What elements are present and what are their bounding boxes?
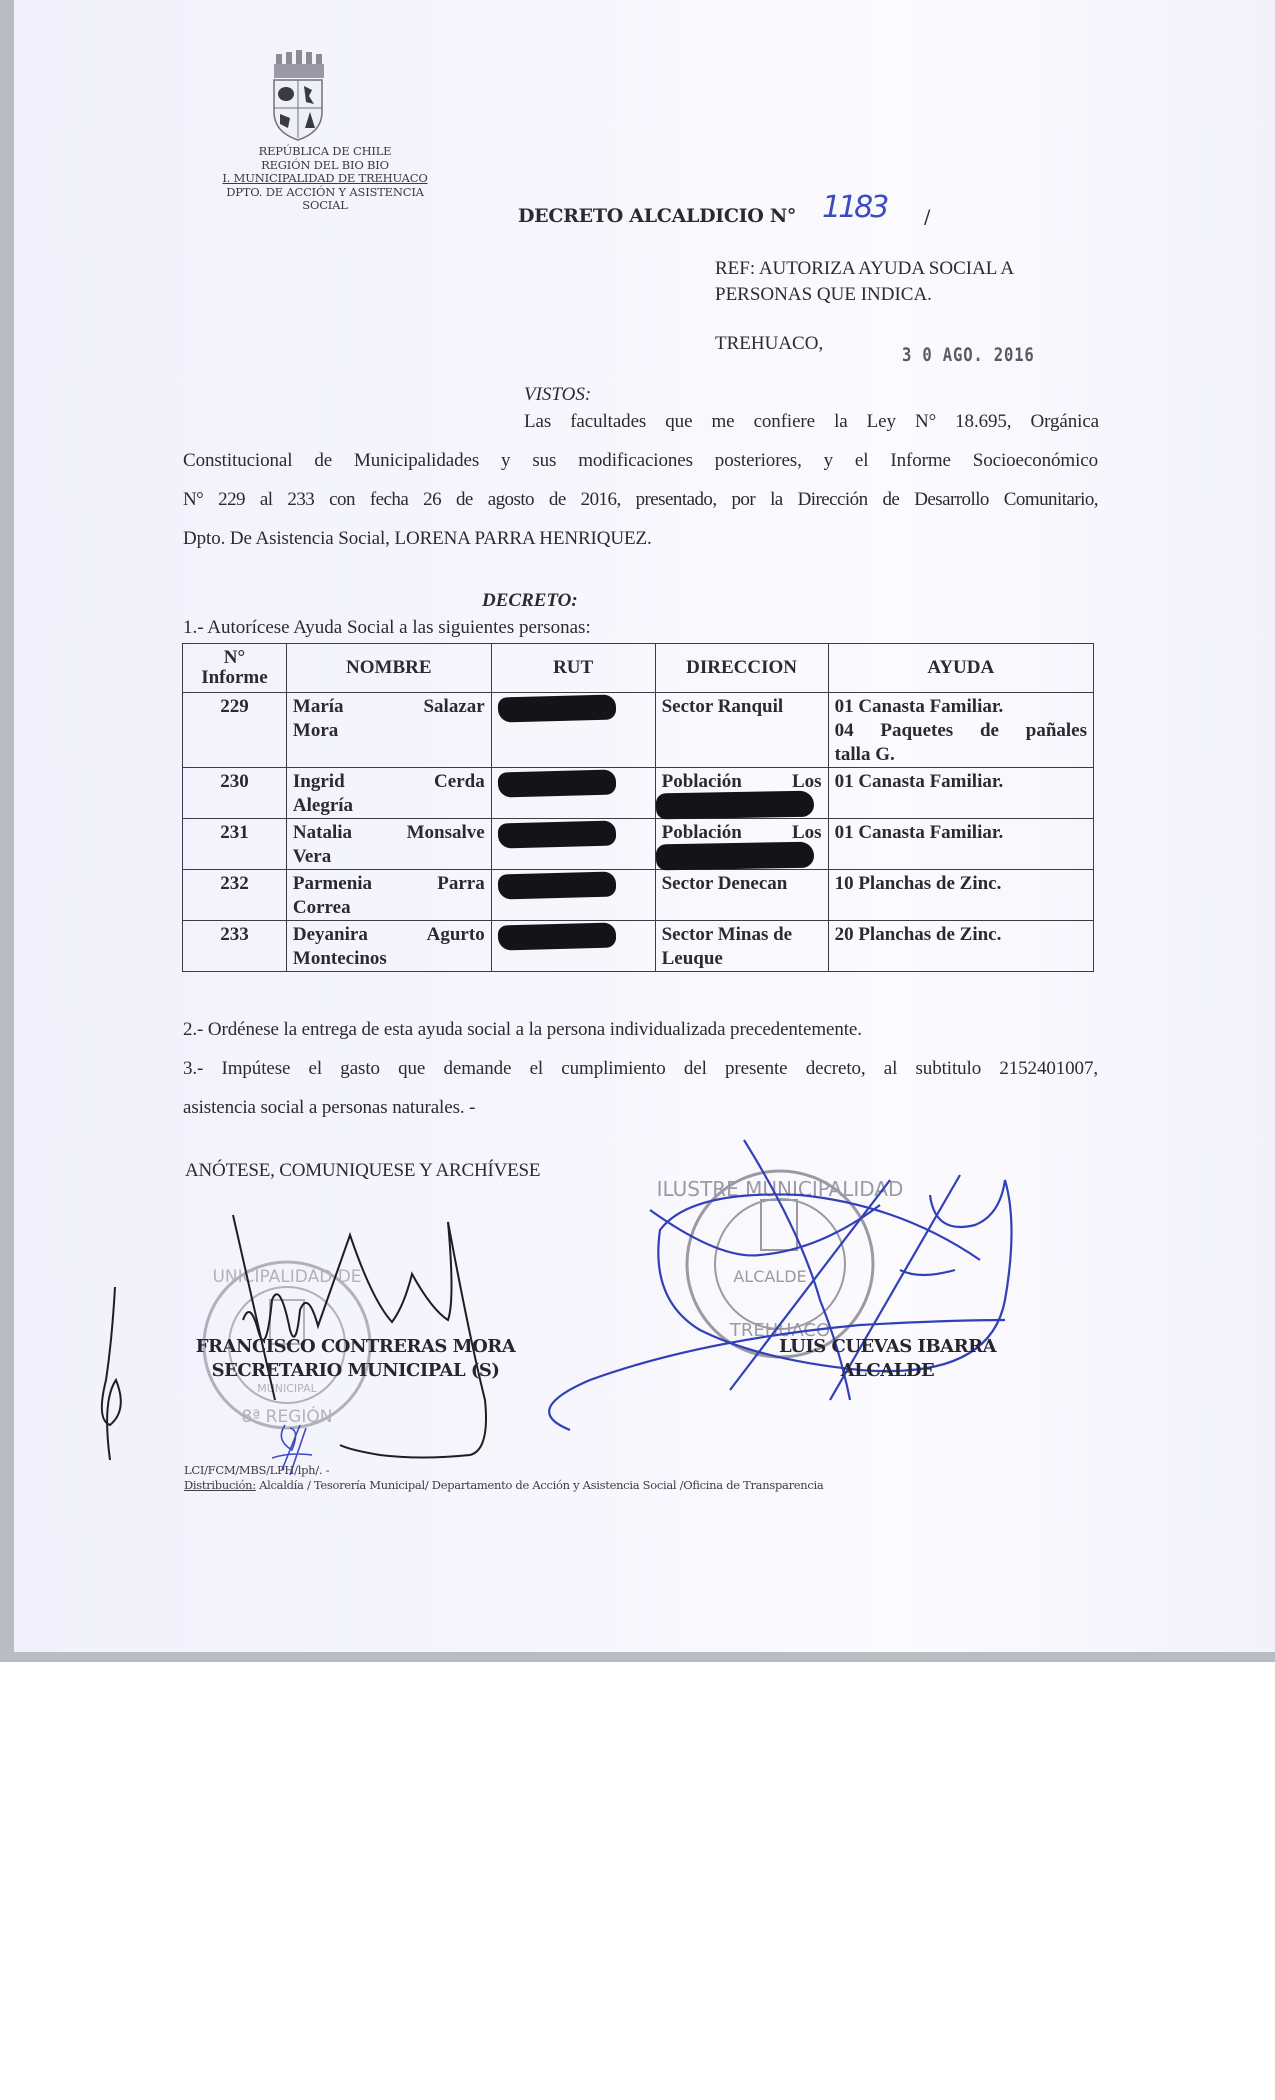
decree-item-3-line-1: 3.- Impútese el gasto que demande el cum… <box>183 1058 1098 1080</box>
decree-reference: REF: AUTORIZA AYUDA SOCIAL A PERSONAS QU… <box>715 256 1014 308</box>
redacted-address <box>655 791 813 820</box>
name-first: Deyanira <box>293 923 368 947</box>
secretary-role: SECRETARIO MUNICIPAL (S) <box>183 1359 528 1383</box>
ayuda-cell: 01 Canasta Familiar.04 Paquetes de pañal… <box>828 693 1093 768</box>
mayor-signature-block: LUIS CUEVAS IBARRA ALCALDE <box>770 1335 1005 1383</box>
redacted-address <box>655 842 813 871</box>
header-rut: RUT <box>491 644 655 693</box>
header-informe-line2: Informe <box>187 668 282 688</box>
vistos-line-2: Constitucional de Municipalidades y sus … <box>183 450 1098 472</box>
rut-cell <box>491 693 655 768</box>
date-stamp: 3 0 AGO. 2016 <box>902 344 1035 366</box>
recipient-name: IngridCerdaAlegría <box>286 768 491 819</box>
header-ayuda: AYUDA <box>828 644 1093 693</box>
vistos-heading: VISTOS: <box>524 384 591 406</box>
name-last: Correa <box>293 896 485 920</box>
recipient-name: DeyaniraAgurtoMontecinos <box>286 921 491 972</box>
aid-recipients-table: N°Informe NOMBRE RUT DIRECCION AYUDA 229… <box>182 643 1094 972</box>
reference-line-2: PERSONAS QUE INDICA. <box>715 282 1014 308</box>
name-middle: Salazar <box>423 695 484 719</box>
ayuda-item: 01 Canasta Familiar. <box>835 821 1087 845</box>
decree-item-3-line-2: asistencia social a personas naturales. … <box>183 1097 1098 1119</box>
name-first: María <box>293 695 344 719</box>
decree-item-2: 2.- Ordénese la entrega de esta ayuda so… <box>183 1019 1098 1041</box>
name-middle: Parra <box>437 872 484 896</box>
direccion-cell: PoblaciónLos <box>655 768 828 819</box>
mayor-name: LUIS CUEVAS IBARRA <box>770 1335 1005 1359</box>
direccion-part: Población <box>662 821 742 845</box>
table-row: 231NataliaMonsalveVeraPoblaciónLos01 Can… <box>183 819 1094 870</box>
header-direccion: DIRECCION <box>655 644 828 693</box>
header-informe: N°Informe <box>183 644 287 693</box>
decree-number-suffix: / <box>924 206 930 228</box>
decree-place: TREHUACO, <box>715 333 823 355</box>
recipient-name: NataliaMonsalveVera <box>286 819 491 870</box>
reference-line-1: REF: AUTORIZA AYUDA SOCIAL A <box>715 256 1014 282</box>
rut-cell <box>491 819 655 870</box>
rut-cell <box>491 870 655 921</box>
closing-formula: ANÓTESE, COMUNIQUESE Y ARCHÍVESE <box>185 1160 540 1182</box>
redacted-rut <box>497 694 616 722</box>
name-first: Ingrid <box>293 770 345 794</box>
institution-header: REPÚBLICA DE CHILE REGIÓN DEL BIO BIO I.… <box>205 145 445 213</box>
direccion-cell: Sector Minas deLeuque <box>655 921 828 972</box>
header-informe-line1: N° <box>187 648 282 668</box>
ayuda-item: 01 Canasta Familiar. <box>835 695 1087 719</box>
decree-title: DECRETO ALCALDICIO N° <box>518 205 796 227</box>
ayuda-item: 01 Canasta Familiar. <box>835 770 1087 794</box>
ayuda-item: talla G. <box>835 743 1087 767</box>
secretary-name: FRANCISCO CONTRERAS MORA <box>183 1335 528 1359</box>
vistos-line-4: Dpto. De Asistencia Social, LORENA PARRA… <box>183 528 1098 550</box>
ayuda-cell: 01 Canasta Familiar. <box>828 819 1093 870</box>
ayuda-item: 20 Planchas de Zinc. <box>835 923 1087 947</box>
name-last: Mora <box>293 719 485 743</box>
decreto-heading: DECRETO: <box>482 590 578 612</box>
vistos-text-2: Constitucional de Municipalidades y sus … <box>183 450 1098 472</box>
direccion-part: Sector Ranquil <box>662 695 822 719</box>
secretary-signature-block: FRANCISCO CONTRERAS MORA SECRETARIO MUNI… <box>183 1335 528 1383</box>
recipient-name: ParmeniaParraCorrea <box>286 870 491 921</box>
informe-number: 231 <box>183 819 287 870</box>
distribution-list: Alcaldía / Tesorería Municipal/ Departam… <box>256 1478 824 1492</box>
redacted-rut <box>497 769 616 797</box>
direccion-part: Sector Minas de <box>662 923 822 947</box>
footer-initials: LCI/FCM/MBS/LPH/lph/. - <box>184 1463 329 1477</box>
table-row: 233DeyaniraAgurtoMontecinosSector Minas … <box>183 921 1094 972</box>
name-middle: Agurto <box>427 923 485 947</box>
redacted-rut <box>497 922 616 950</box>
direccion-cell: PoblaciónLos <box>655 819 828 870</box>
vistos-text-1: Las facultades que me confiere la Ley N°… <box>524 411 1099 433</box>
recipient-name: MaríaSalazarMora <box>286 693 491 768</box>
distribution-label: Distribución: <box>184 1478 256 1492</box>
header-region: REGIÓN DEL BIO BIO <box>205 159 445 173</box>
informe-number: 232 <box>183 870 287 921</box>
header-country: REPÚBLICA DE CHILE <box>205 145 445 159</box>
table-row: 229MaríaSalazarMoraSector Ranquil01 Cana… <box>183 693 1094 768</box>
direccion-part: Población <box>662 770 742 794</box>
name-middle: Monsalve <box>407 821 485 845</box>
decree-item-1: 1.- Autorícese Ayuda Social a las siguie… <box>183 617 591 639</box>
footer-distribution: Distribución: Alcaldía / Tesorería Munic… <box>184 1478 823 1492</box>
rut-cell <box>491 768 655 819</box>
ayuda-cell: 01 Canasta Familiar. <box>828 768 1093 819</box>
table-row: 230IngridCerdaAlegríaPoblaciónLos01 Cana… <box>183 768 1094 819</box>
name-last: Montecinos <box>293 947 485 971</box>
ayuda-cell: 10 Planchas de Zinc. <box>828 870 1093 921</box>
ayuda-item: 04 Paquetes de pañales <box>835 719 1087 743</box>
redacted-rut <box>497 820 616 848</box>
name-last: Alegría <box>293 794 485 818</box>
vistos-line-3: N° 229 al 233 con fecha 26 de agosto de … <box>183 489 1098 511</box>
name-first: Parmenia <box>293 872 372 896</box>
direccion-part: Leuque <box>662 947 822 971</box>
table-row: 232ParmeniaParraCorreaSector Denecan10 P… <box>183 870 1094 921</box>
municipal-coat-of-arms-icon <box>270 50 326 142</box>
direccion-cell: Sector Denecan <box>655 870 828 921</box>
name-middle: Cerda <box>434 770 485 794</box>
direccion-cell: Sector Ranquil <box>655 693 828 768</box>
informe-number: 230 <box>183 768 287 819</box>
name-first: Natalia <box>293 821 352 845</box>
mayor-role: ALCALDE <box>770 1359 1005 1383</box>
vistos-text-3: N° 229 al 233 con fecha 26 de agosto de … <box>183 489 1098 511</box>
decree-item-3-text-1: 3.- Impútese el gasto que demande el cum… <box>183 1058 1098 1080</box>
informe-number: 233 <box>183 921 287 972</box>
header-nombre: NOMBRE <box>286 644 491 693</box>
ayuda-cell: 20 Planchas de Zinc. <box>828 921 1093 972</box>
rut-cell <box>491 921 655 972</box>
table-header-row: N°Informe NOMBRE RUT DIRECCION AYUDA <box>183 644 1094 693</box>
header-municipality: I. MUNICIPALIDAD DE TREHUACO <box>205 172 445 186</box>
informe-number: 229 <box>183 693 287 768</box>
name-last: Vera <box>293 845 485 869</box>
redacted-rut <box>497 871 616 899</box>
header-department: DPTO. DE ACCIÓN Y ASISTENCIA SOCIAL <box>205 186 445 213</box>
direccion-part: Sector Denecan <box>662 872 822 896</box>
ayuda-item: 10 Planchas de Zinc. <box>835 872 1087 896</box>
decree-number-handwritten: 1183 <box>822 190 886 225</box>
vistos-line-1: Las facultades que me confiere la Ley N°… <box>524 411 1099 433</box>
